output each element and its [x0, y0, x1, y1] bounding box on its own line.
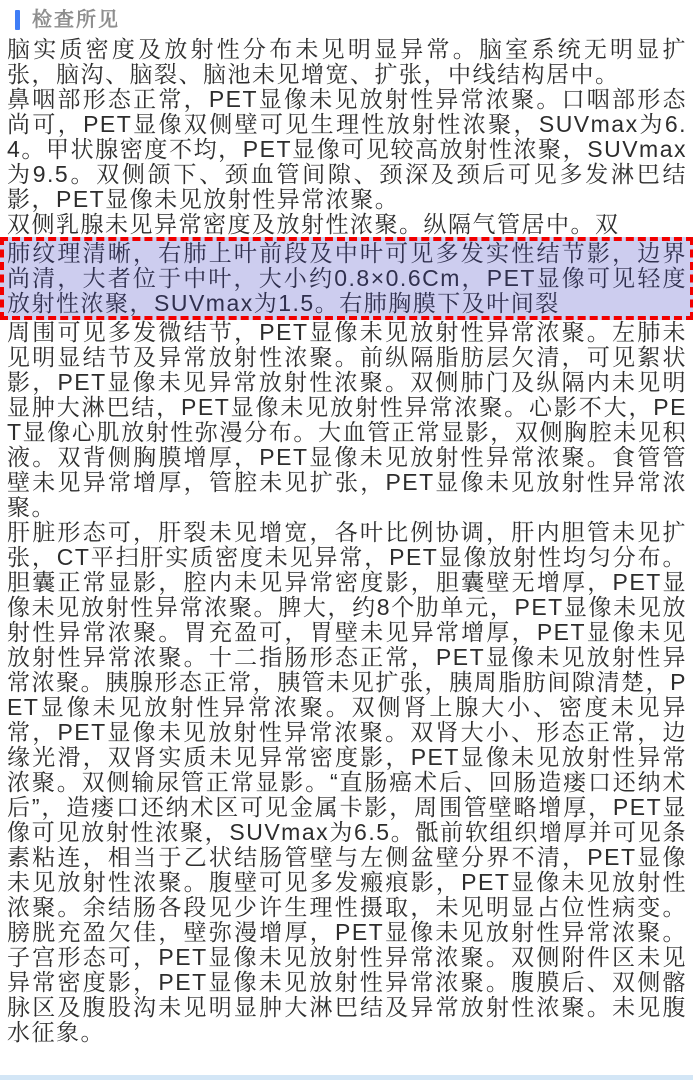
report-page: 检查所见 脑实质密度及放射性分布未见明显异常。脑室系统无明显扩张，脑沟、脑裂、脑…	[0, 0, 693, 1080]
finding-paragraph-head-neck: 鼻咽部形态正常，PET显像未见放射性异常浓聚。口咽部形态尚可，PET显像双侧壁可…	[7, 87, 687, 212]
chest-text-before-highlight: 双侧乳腺未见异常密度及放射性浓聚。纵隔气管居中。双	[7, 211, 620, 237]
findings-body: 脑实质密度及放射性分布未见明显异常。脑室系统无明显扩张，脑沟、脑裂、脑池未见增宽…	[0, 35, 693, 1045]
section-header: 检查所见	[0, 0, 693, 35]
bottom-divider	[0, 1075, 693, 1080]
finding-paragraph-chest: 双侧乳腺未见异常密度及放射性浓聚。纵隔气管居中。双肺纹理清晰，右肺上叶前段及中叶…	[7, 212, 687, 520]
section-title: 检查所见	[32, 9, 120, 31]
finding-paragraph-brain: 脑实质密度及放射性分布未见明显异常。脑室系统无明显扩张，脑沟、脑裂、脑池未见增宽…	[7, 37, 687, 87]
finding-paragraph-abdomen-pelvis: 肝脏形态可，肝裂未见增宽，各叶比例协调，肝内胆管未见扩张，CT平扫肝实质密度未见…	[7, 520, 687, 1045]
accent-bar-icon	[15, 10, 20, 30]
chest-text-after-highlight: 周围可见多发微结节，PET显像未见放射性异常浓聚。左肺未见明显结节及异常放射性浓…	[7, 319, 687, 520]
highlighted-lung-nodule-finding[interactable]: 肺纹理清晰，右肺上叶前段及中叶可见多发实性结节影，边界尚清，大者位于中叶，大小约…	[0, 237, 693, 320]
